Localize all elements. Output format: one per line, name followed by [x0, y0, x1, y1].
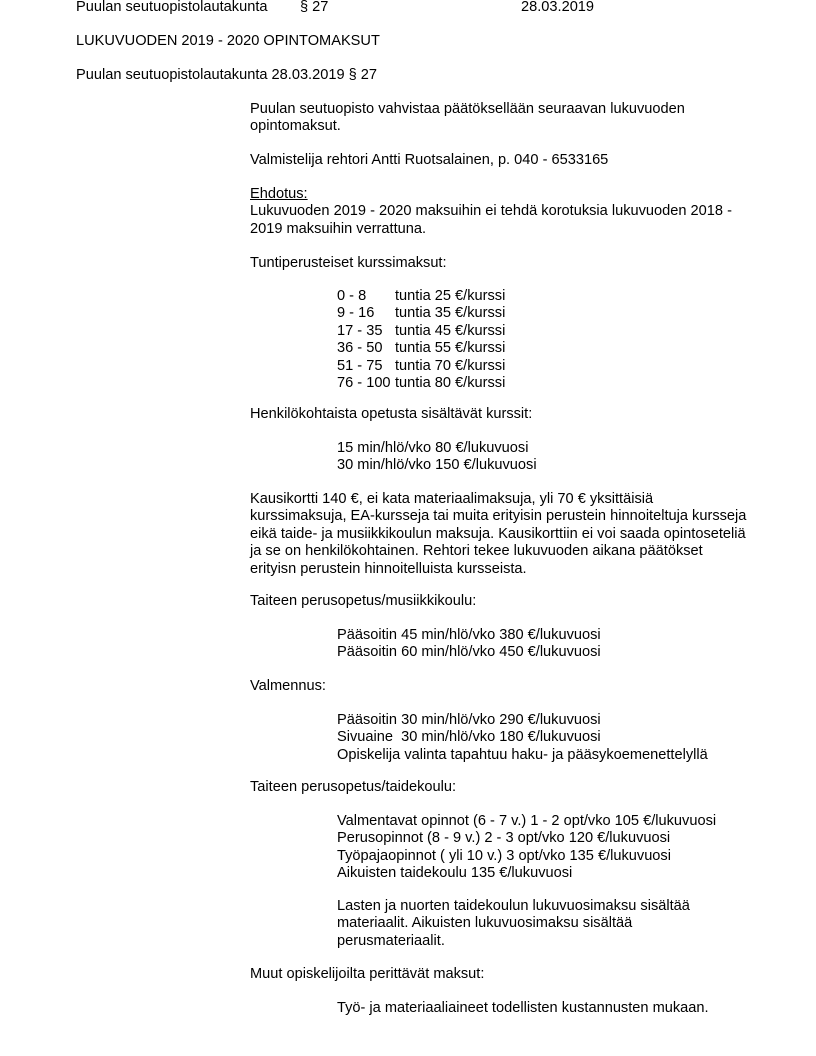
other-heading: Muut opiskelijoilta perittävät maksut:: [250, 966, 484, 983]
intro-paragraph: Puulan seutuopisto vahvistaa päätöksellä…: [250, 101, 700, 136]
fee-row: Sivuaine 30 min/hlö/vko 180 €/lukuvuosi: [337, 729, 708, 746]
fee-row: Työ- ja materiaaliaineet todellisten kus…: [337, 1000, 709, 1017]
meeting-date: 28.03.2019: [521, 0, 594, 16]
course-fee: tuntia 45 €/kurssi: [395, 323, 505, 339]
hour-range: 9 - 16: [337, 305, 395, 322]
hourly-fee-list: 0 - 8tuntia 25 €/kurssi9 - 16tuntia 35 €…: [337, 288, 505, 392]
fee-row: Työpajaopinnot ( yli 10 v.) 3 opt/vko 13…: [337, 848, 716, 865]
section-number: § 27: [300, 0, 328, 16]
fee-row: 9 - 16tuntia 35 €/kurssi: [337, 305, 505, 322]
board-name: Puulan seutuopistolautakunta: [76, 0, 268, 16]
fee-row: Pääsoitin 45 min/hlö/vko 380 €/lukuvuosi: [337, 627, 601, 644]
personal-fee-list: 15 min/hlö/vko 80 €/lukuvuosi 30 min/hlö…: [337, 440, 537, 475]
personal-heading: Henkilökohtaista opetusta sisältävät kur…: [250, 406, 532, 423]
fee-row: 36 - 50tuntia 55 €/kurssi: [337, 340, 505, 357]
art-heading: Taiteen perusopetus/taidekoulu:: [250, 779, 456, 796]
music-fee-list: Pääsoitin 45 min/hlö/vko 380 €/lukuvuosi…: [337, 627, 601, 662]
hour-range: 76 - 100: [337, 375, 395, 392]
document-title: LUKUVUODEN 2019 - 2020 OPINTOMAKSUT: [76, 33, 380, 50]
art-fee-list: Valmentavat opinnot (6 - 7 v.) 1 - 2 opt…: [337, 813, 716, 883]
fee-row: Perusopinnot (8 - 9 v.) 2 - 3 opt/vko 12…: [337, 830, 716, 847]
art-note: Lasten ja nuorten taidekoulun lukuvuosim…: [337, 898, 717, 950]
fee-row: 30 min/hlö/vko 150 €/lukuvuosi: [337, 457, 537, 474]
season-card-paragraph: Kausikortti 140 €, ei kata materiaalimak…: [250, 491, 750, 578]
fee-row: 15 min/hlö/vko 80 €/lukuvuosi: [337, 440, 537, 457]
course-fee: tuntia 80 €/kurssi: [395, 375, 505, 391]
hour-range: 51 - 75: [337, 358, 395, 375]
hour-range: 36 - 50: [337, 340, 395, 357]
course-fee: tuntia 35 €/kurssi: [395, 305, 505, 321]
fee-row: Pääsoitin 60 min/hlö/vko 450 €/lukuvuosi: [337, 644, 601, 661]
fee-row: Opiskelija valinta tapahtuu haku- ja pää…: [337, 747, 708, 764]
fee-row: 0 - 8tuntia 25 €/kurssi: [337, 288, 505, 305]
fee-row: Aikuisten taidekoulu 135 €/lukuvuosi: [337, 865, 716, 882]
hourly-heading: Tuntiperusteiset kurssimaksut:: [250, 255, 447, 272]
fee-row: Valmentavat opinnot (6 - 7 v.) 1 - 2 opt…: [337, 813, 716, 830]
course-fee: tuntia 70 €/kurssi: [395, 358, 505, 374]
hour-range: 0 - 8: [337, 288, 395, 305]
meeting-reference: Puulan seutuopistolautakunta 28.03.2019 …: [76, 67, 377, 84]
fee-row: 17 - 35tuntia 45 €/kurssi: [337, 323, 505, 340]
course-fee: tuntia 55 €/kurssi: [395, 340, 505, 356]
proposal-text: Lukuvuoden 2019 - 2020 maksuihin ei tehd…: [250, 203, 740, 238]
course-fee: tuntia 25 €/kurssi: [395, 288, 505, 304]
proposal-label: Ehdotus:: [250, 186, 740, 203]
preparer-line: Valmistelija rehtori Antti Ruotsalainen,…: [250, 152, 608, 169]
coaching-fee-list: Pääsoitin 30 min/hlö/vko 290 €/lukuvuosi…: [337, 712, 708, 764]
proposal: Ehdotus: Lukuvuoden 2019 - 2020 maksuihi…: [250, 186, 740, 238]
fee-row: 51 - 75tuntia 70 €/kurssi: [337, 358, 505, 375]
music-heading: Taiteen perusopetus/musiikkikoulu:: [250, 593, 476, 610]
hour-range: 17 - 35: [337, 323, 395, 340]
other-fee-list: Työ- ja materiaaliaineet todellisten kus…: [337, 1000, 709, 1017]
fee-row: 76 - 100tuntia 80 €/kurssi: [337, 375, 505, 392]
coaching-heading: Valmennus:: [250, 678, 326, 695]
fee-row: Pääsoitin 30 min/hlö/vko 290 €/lukuvuosi: [337, 712, 708, 729]
